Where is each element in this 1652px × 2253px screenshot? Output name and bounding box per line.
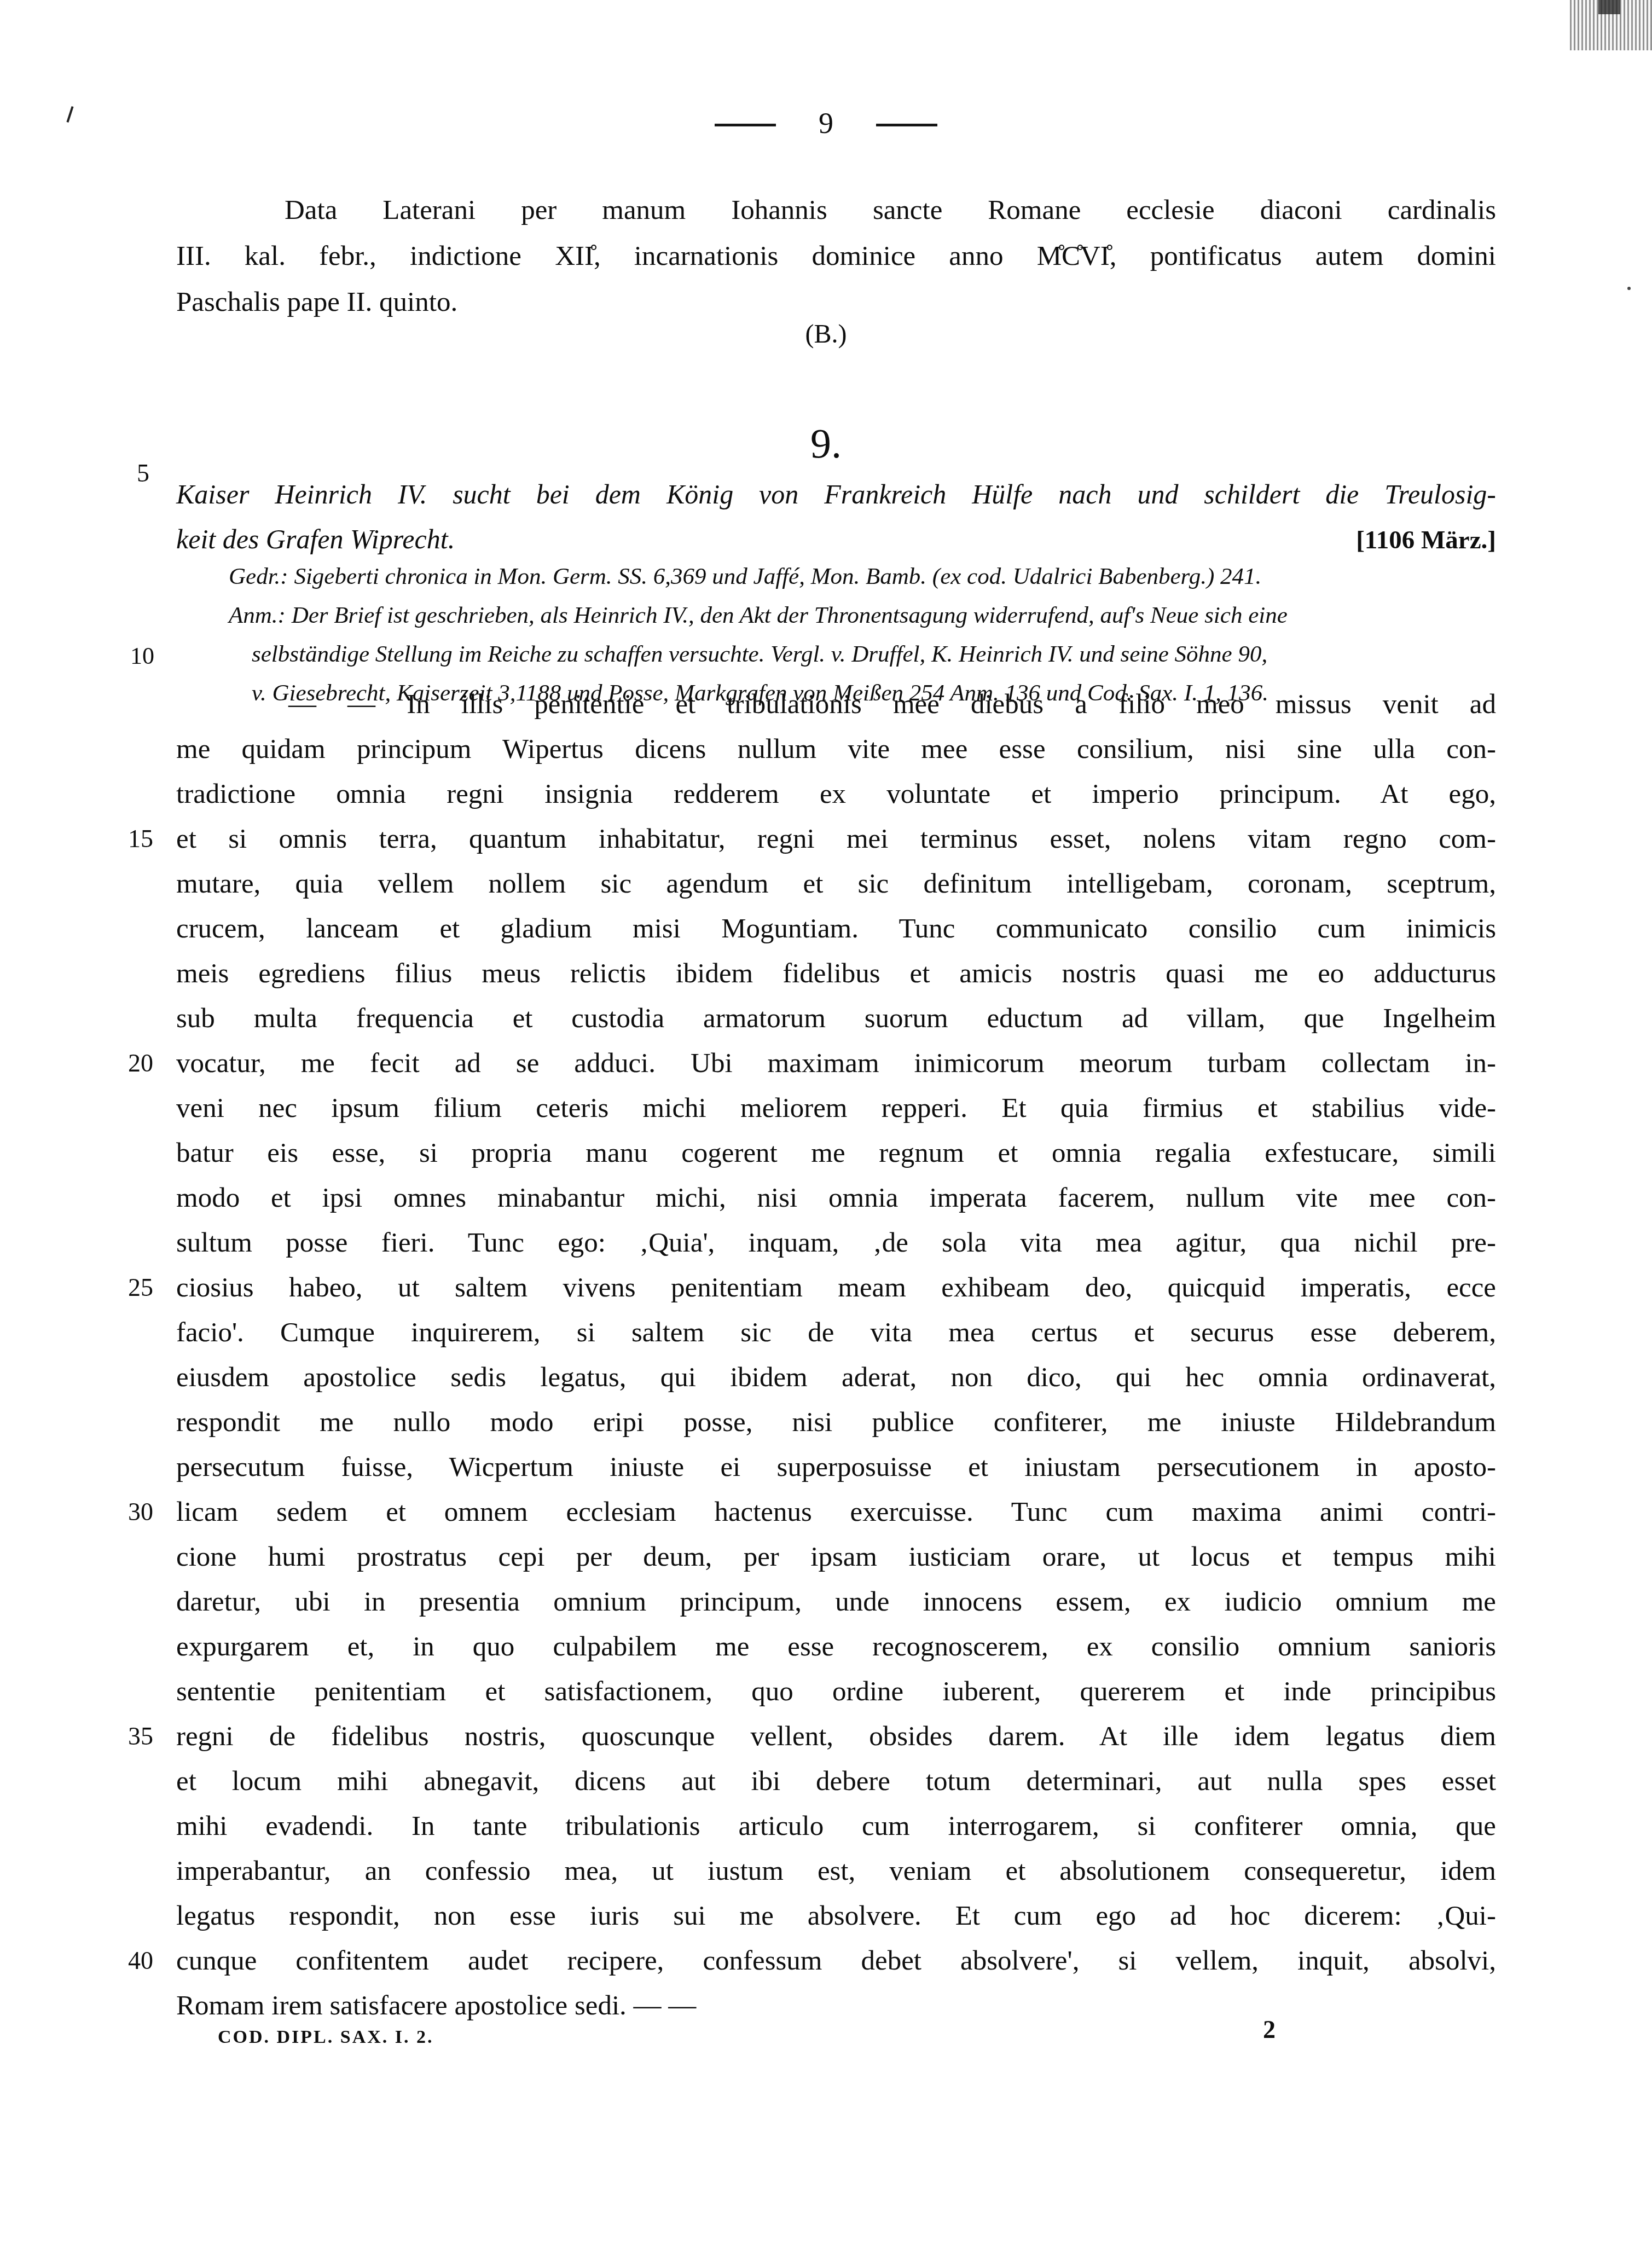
line-number: 35: [128, 1715, 171, 1758]
body-line: 20 vocatur, me fecit ad se adduci. Ubi m…: [176, 1041, 1496, 1086]
closing-line: Paschalis pape II. quinto.: [176, 279, 1496, 325]
body-line-text: crucem, lanceam et gladium misi Moguntia…: [176, 906, 1496, 951]
body-line: tradictione omnia regni insignia reddere…: [176, 772, 1496, 816]
body-line: sententie penitentiam et satisfactionem,…: [176, 1669, 1496, 1714]
closing-line: III. kal. febr., indictione XII̊, incarn…: [176, 233, 1496, 279]
body-line-text: batur eis esse, si propria manu cogerent…: [176, 1131, 1496, 1175]
body-line-text: tradictione omnia regni insignia reddere…: [176, 772, 1496, 816]
body-line-text: cunque confitentem audet recipere, confe…: [176, 1938, 1496, 1983]
body-line: 25 ciosius habeo, ut saltem vivens penit…: [176, 1265, 1496, 1310]
body-line: eiusdem apostolice sedis legatus, qui ib…: [176, 1355, 1496, 1400]
body-line: Romam irem satisfacere apostolice sedi. …: [176, 1983, 1496, 2028]
charter-heading: Kaiser Heinrich IV. sucht bei dem König …: [176, 472, 1496, 563]
line-number: 15: [128, 818, 171, 860]
body-line: — — In illis penitentie et tribulationis…: [176, 682, 1496, 727]
scan-noise-top-right-2: [1598, 0, 1620, 14]
body-line: mihi evadendi. In tante tribulationis ar…: [176, 1804, 1496, 1849]
body-line: sultum posse fieri. Tunc ego: ‚Quia', in…: [176, 1220, 1496, 1265]
page-header: 9: [0, 108, 1652, 138]
body-line: 30 licam sedem et omnem ecclesiam hacten…: [176, 1490, 1496, 1534]
footer-signature: COD. DIPL. SAX. I. 2.: [218, 2027, 434, 2048]
closing-paragraph: Data Laterani per manum Iohannis sancte …: [176, 187, 1496, 325]
charter-body: — — In illis penitentie et tribulationis…: [176, 682, 1496, 2028]
body-line: sub multa frequencia et custodia armator…: [176, 996, 1496, 1041]
body-line: respondit me nullo modo eripi posse, nis…: [176, 1400, 1496, 1445]
line-number: 40: [128, 1939, 171, 1982]
line-number: 20: [128, 1042, 171, 1085]
heading-line-2-text: keit des Grafen Wiprecht.: [176, 517, 455, 561]
body-line: crucem, lanceam et gladium misi Moguntia…: [176, 906, 1496, 951]
body-line-text: — — In illis penitentie et tribulationis…: [176, 682, 1496, 727]
body-line-text: mihi evadendi. In tante tribulationis ar…: [176, 1804, 1496, 1849]
charter-number: 9.: [0, 420, 1652, 467]
reference-line: selbständige Stellung im Reiche zu schaf…: [229, 635, 1498, 674]
scribe-mark-b: (B.): [0, 319, 1652, 349]
body-line: et locum mihi abnegavit, dicens aut ibi …: [176, 1759, 1496, 1804]
body-line-text: veni nec ipsum filium ceteris michi meli…: [176, 1086, 1496, 1131]
body-line-text: vocatur, me fecit ad se adduci. Ubi maxi…: [176, 1041, 1496, 1086]
body-line: modo et ipsi omnes minabantur michi, nis…: [176, 1175, 1496, 1220]
body-line-text: respondit me nullo modo eripi posse, nis…: [176, 1400, 1496, 1445]
body-line: persecutum fuisse, Wicpertum iniuste ei …: [176, 1445, 1496, 1490]
heading-line-1: Kaiser Heinrich IV. sucht bei dem König …: [176, 472, 1496, 517]
body-line-text: et si omnis terra, quantum inhabitatur, …: [176, 816, 1496, 861]
body-line: expurgarem et, in quo culpabilem me esse…: [176, 1624, 1496, 1669]
reference-line: Anm.: Der Brief ist geschrieben, als Hei…: [229, 596, 1498, 635]
body-line: me quidam principum Wipertus dicens null…: [176, 727, 1496, 772]
body-line-text: licam sedem et omnem ecclesiam hactenus …: [176, 1490, 1496, 1534]
body-line-text: mutare, quia vellem nollem sic agendum e…: [176, 861, 1496, 906]
line-number: 25: [128, 1266, 171, 1309]
body-line-text: regni de fidelibus nostris, quoscunque v…: [176, 1714, 1496, 1759]
body-line: legatus respondit, non esse iuris sui me…: [176, 1893, 1496, 1938]
sheet-number: 2: [1263, 2015, 1276, 2044]
body-line-text: cione humi prostratus cepi per deum, per…: [176, 1534, 1496, 1579]
page-number: 9: [819, 108, 833, 138]
body-line: 40 cunque confitentem audet recipere, co…: [176, 1938, 1496, 1983]
body-line-text: imperabantur, an confessio mea, ut iustu…: [176, 1849, 1496, 1893]
line-number: 30: [128, 1491, 171, 1533]
charter-date: [1106 März.]: [1356, 518, 1496, 563]
body-line-text: sub multa frequencia et custodia armator…: [176, 996, 1496, 1041]
body-line: daretur, ubi in presentia omnium princip…: [176, 1579, 1496, 1624]
body-line: veni nec ipsum filium ceteris michi meli…: [176, 1086, 1496, 1131]
body-line-text: facio'. Cumque inquirerem, si saltem sic…: [176, 1310, 1496, 1355]
heading-line-2: keit des Grafen Wiprecht. [1106 März.]: [176, 517, 1496, 563]
page-number-rule-right: [876, 124, 937, 126]
body-line: meis egrediens filius meus relictis ibid…: [176, 951, 1496, 996]
page-number-rule-left: [715, 124, 776, 126]
body-line: batur eis esse, si propria manu cogerent…: [176, 1131, 1496, 1175]
scan-noise-dot: [1627, 287, 1631, 290]
body-line-text: modo et ipsi omnes minabantur michi, nis…: [176, 1175, 1496, 1220]
body-line-text: Romam irem satisfacere apostolice sedi. …: [176, 1983, 1496, 2028]
body-line-text: meis egrediens filius meus relictis ibid…: [176, 951, 1496, 996]
body-line: 35 regni de fidelibus nostris, quoscunqu…: [176, 1714, 1496, 1759]
reference-line: Gedr.: Sigeberti chronica in Mon. Germ. …: [229, 557, 1498, 596]
closing-line: Data Laterani per manum Iohannis sancte …: [176, 187, 1496, 233]
body-line-text: me quidam principum Wipertus dicens null…: [176, 727, 1496, 772]
body-line-text: legatus respondit, non esse iuris sui me…: [176, 1893, 1496, 1938]
body-line-text: daretur, ubi in presentia omnium princip…: [176, 1579, 1496, 1624]
margin-line-number-10: 10: [130, 644, 154, 669]
body-line-text: eiusdem apostolice sedis legatus, qui ib…: [176, 1355, 1496, 1400]
body-line: imperabantur, an confessio mea, ut iustu…: [176, 1849, 1496, 1893]
body-line: 15 et si omnis terra, quantum inhabitatu…: [176, 816, 1496, 861]
body-line: facio'. Cumque inquirerem, si saltem sic…: [176, 1310, 1496, 1355]
body-line-text: et locum mihi abnegavit, dicens aut ibi …: [176, 1759, 1496, 1804]
body-line-text: expurgarem et, in quo culpabilem me esse…: [176, 1624, 1496, 1669]
body-line-text: persecutum fuisse, Wicpertum iniuste ei …: [176, 1445, 1496, 1490]
body-line-text: sultum posse fieri. Tunc ego: ‚Quia', in…: [176, 1220, 1496, 1265]
body-line-text: sententie penitentiam et satisfactionem,…: [176, 1669, 1496, 1714]
body-line: mutare, quia vellem nollem sic agendum e…: [176, 861, 1496, 906]
body-line: cione humi prostratus cepi per deum, per…: [176, 1534, 1496, 1579]
body-line-text: ciosius habeo, ut saltem vivens penitent…: [176, 1265, 1496, 1310]
